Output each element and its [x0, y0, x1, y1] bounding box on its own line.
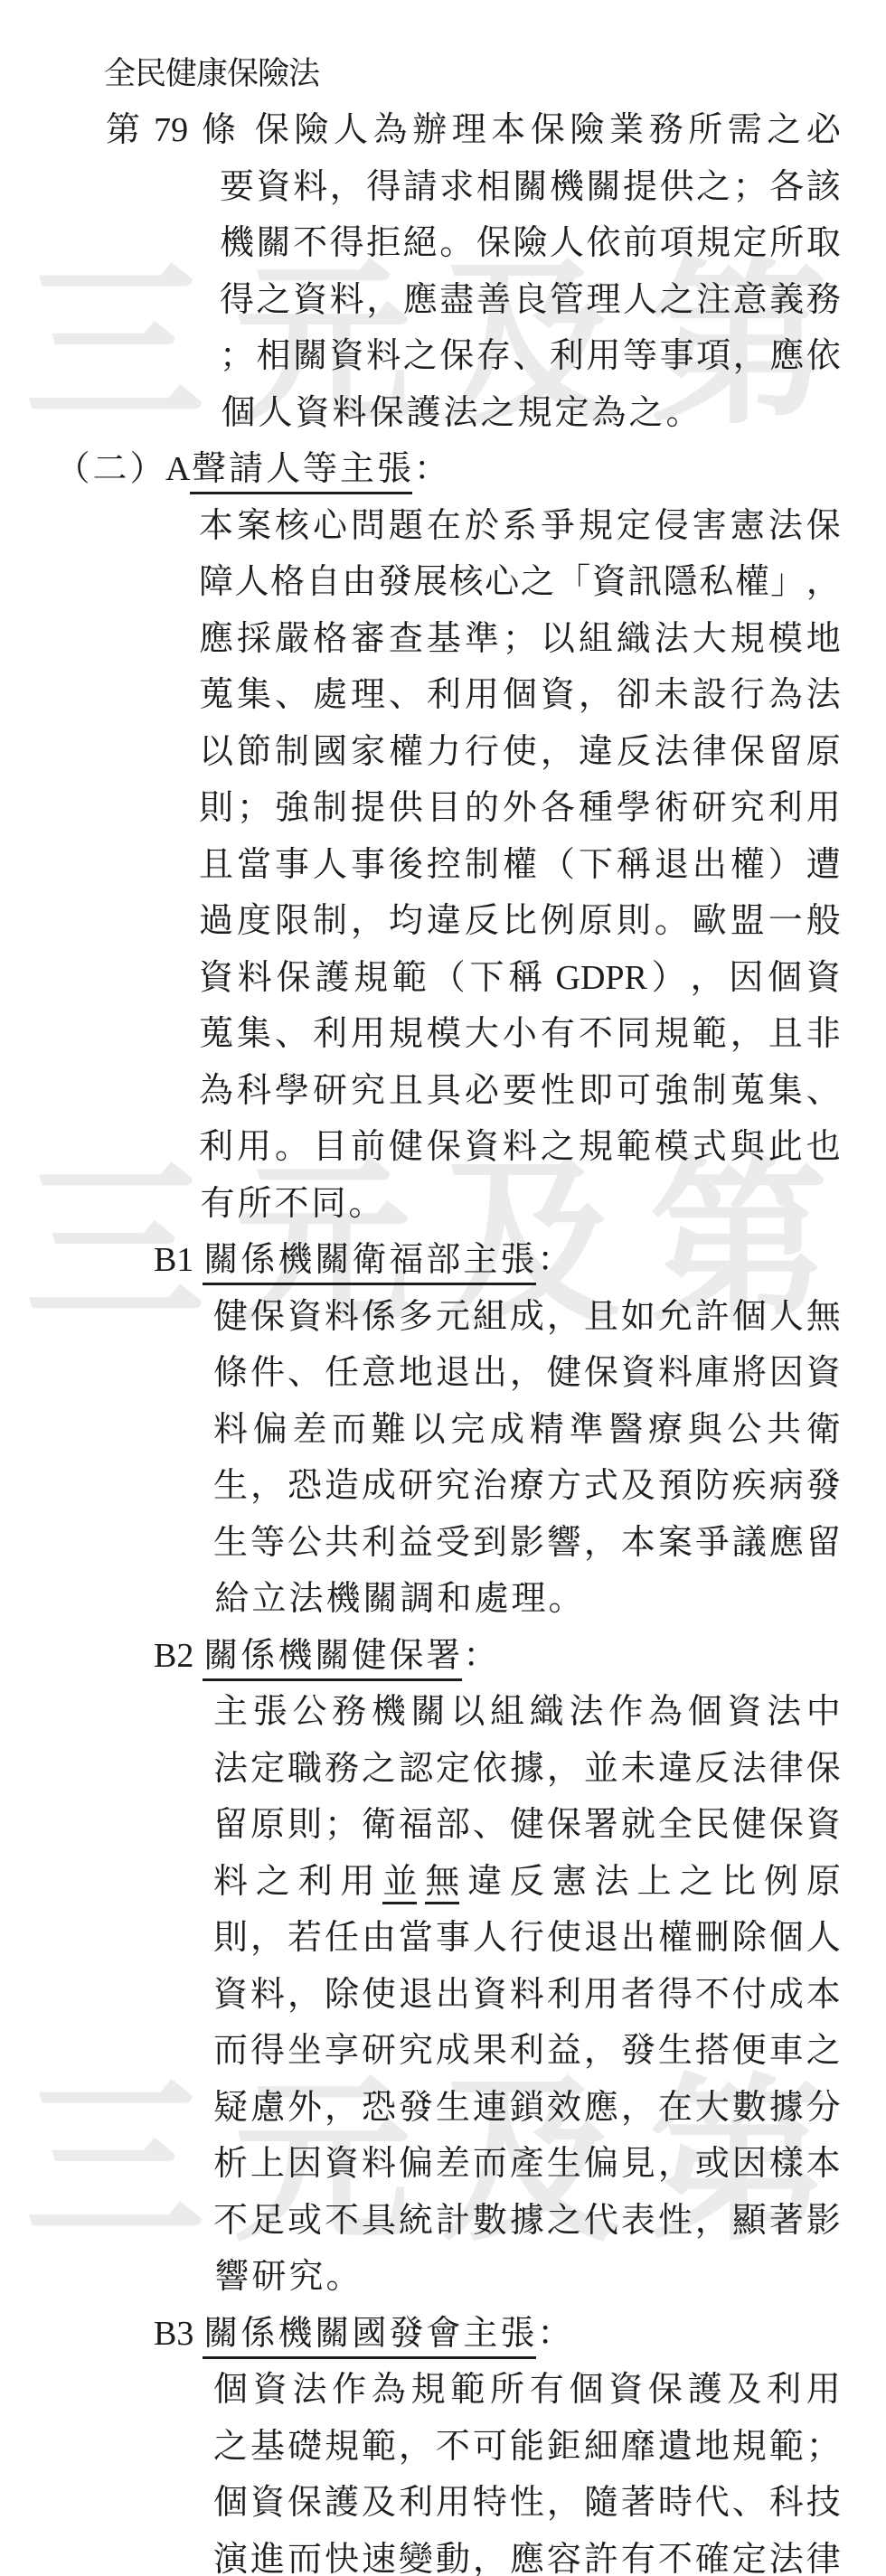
text-segment: 取	[806, 221, 841, 266]
text-line: 生等公共利益受到影響，本案爭議應留	[213, 1520, 841, 1565]
text-segment: B2	[154, 1637, 203, 1675]
underlined-segment: 關	[203, 1237, 240, 1285]
text-segment: 關	[257, 221, 291, 266]
text-segment: 也	[806, 1124, 841, 1170]
text-segment: 進	[250, 2537, 285, 2576]
text-segment: 規	[696, 221, 730, 266]
text-segment: ，	[579, 672, 613, 718]
text-segment: 險	[513, 221, 547, 266]
text-segment: ，	[547, 1746, 581, 1791]
text-segment: 應	[403, 277, 438, 323]
text-segment: 機	[325, 1576, 362, 1622]
text-segment: 立	[250, 1576, 287, 1622]
text-segment: 成	[769, 1972, 804, 2017]
text-segment: 具	[427, 1068, 461, 1114]
text-segment: 如	[621, 1294, 655, 1340]
text-segment: 請	[403, 165, 438, 210]
text-segment: 響	[213, 2254, 250, 2299]
text-segment: 許	[695, 1294, 730, 1340]
text-segment: ；	[237, 785, 271, 831]
text-segment: 或	[695, 2141, 730, 2186]
text-segment: 設	[693, 672, 727, 718]
text-segment: 利	[768, 785, 803, 831]
text-segment: 反	[465, 898, 499, 944]
text-segment: 病	[769, 1463, 804, 1509]
text-segment: ，	[658, 2141, 693, 2186]
text-segment: 所	[236, 1181, 273, 1227]
text-segment: 共	[325, 1520, 359, 1565]
text-segment: 一	[768, 898, 803, 944]
text-segment: 度	[237, 898, 271, 944]
text-segment: 、	[806, 1068, 841, 1114]
text-segment: 靡	[621, 2424, 655, 2469]
text-line: 應採嚴格審查基準；以組織法大規模地	[199, 616, 841, 662]
text-segment: 模	[768, 616, 803, 662]
text-line: 個人資料保護法之規定為之。	[220, 390, 702, 436]
text-segment: 保	[769, 1802, 804, 1847]
text-segment: 保	[730, 729, 765, 775]
text-segment: 制	[313, 785, 347, 831]
text-segment: 相	[257, 334, 291, 379]
text-segment: 職	[287, 1746, 322, 1791]
text-segment: 究	[436, 1463, 470, 1509]
text-segment: 資	[287, 1294, 322, 1340]
text-segment: 研	[362, 2028, 396, 2073]
text-segment: 行	[510, 1915, 544, 1960]
text-segment: 定	[617, 503, 651, 549]
text-segment: 利	[427, 672, 461, 718]
text-segment: 準	[465, 616, 499, 662]
text-line: 利用。目前健保資料之規範模式與此也	[199, 1124, 841, 1170]
text-segment: 個	[769, 1915, 804, 1960]
text-segment: 方	[547, 1463, 581, 1509]
text-segment: 由	[362, 1915, 396, 1960]
text-segment: 下	[469, 955, 504, 1001]
text-segment: 究	[287, 2254, 325, 2299]
text-segment: 案	[237, 503, 271, 549]
underlined-segment: 關	[314, 2311, 351, 2359]
text-segment: 查	[389, 616, 423, 662]
text-segment: 處	[313, 672, 347, 718]
text-segment: 盡	[439, 277, 474, 323]
text-line: 第 79 條 保險人為辦理本保險業務所需之必	[106, 108, 841, 153]
text-segment: 在	[658, 2085, 693, 2130]
text-segment: 無	[806, 1294, 841, 1340]
text-line: 主張公務機關以組織法作為個資法中	[213, 1689, 841, 1735]
text-segment: 得	[220, 277, 254, 323]
text-segment: 原	[579, 898, 613, 944]
text-segment: 不	[293, 221, 327, 266]
text-segment: 範	[617, 1124, 651, 1170]
text-segment: 退	[436, 1350, 470, 1396]
text-segment: 必	[465, 1068, 499, 1114]
text-segment: 條	[202, 108, 236, 153]
text-segment: 格	[313, 616, 347, 662]
text-segment: 益	[547, 2028, 581, 2073]
text-segment: 護	[315, 955, 349, 1001]
text-segment: 遺	[658, 2424, 693, 2469]
text-segment: 則	[617, 898, 651, 944]
text-segment: 樣	[769, 2141, 804, 2186]
text-segment: 盟	[730, 898, 765, 944]
text-segment: 及	[362, 2480, 396, 2525]
text-segment: 性	[541, 1068, 575, 1114]
text-segment: 、	[275, 672, 309, 718]
text-segment: 速	[362, 2537, 396, 2576]
text-segment: ：	[536, 1237, 573, 1283]
text-segment: 保	[806, 503, 841, 549]
underlined-segment: 張	[499, 2311, 536, 2359]
text-segment: 範	[450, 2367, 485, 2412]
text-segment: 多	[399, 1294, 433, 1340]
text-segment: 有	[541, 1011, 575, 1057]
text-segment: 有	[530, 2367, 564, 2412]
text-segment: 利	[510, 2028, 544, 2073]
text-segment: 規	[579, 503, 613, 549]
text-segment: 下	[579, 842, 613, 888]
underlined-segment: 國	[351, 2311, 388, 2359]
text-segment: 共	[767, 1407, 801, 1453]
text-segment: 保	[476, 221, 511, 266]
text-segment: 就	[621, 1802, 655, 1847]
text-segment: 偏	[584, 2141, 618, 2186]
text-segment: 隱	[664, 559, 698, 605]
text-segment: 」	[770, 559, 805, 605]
text-line: 不足或不具統計數據之代表性，顯著影	[213, 2198, 841, 2243]
text-segment: ，	[547, 1294, 581, 1340]
text-segment: 之	[213, 2424, 248, 2469]
text-segment: ，	[541, 729, 575, 775]
text-segment: 保	[547, 1802, 581, 1847]
text-line: 料之利用並無違反憲法上之比例原	[213, 1859, 841, 1904]
text-line: 蒐集、利用規模大小有不同規範，且非	[199, 1011, 841, 1057]
text-segment: 侵	[655, 503, 689, 549]
text-segment: 中	[806, 1689, 841, 1735]
text-segment: 任	[325, 1915, 359, 1960]
text-segment: 得	[250, 2028, 285, 2073]
text-segment: 術	[655, 785, 689, 831]
text-segment: ，	[547, 2480, 581, 2525]
text-segment: 議	[732, 1520, 767, 1565]
text-segment: 資	[213, 1972, 248, 2017]
text-segment: 有	[621, 2537, 655, 2576]
text-segment: 保	[531, 108, 565, 153]
text-segment: 各	[769, 165, 804, 210]
underlined-segment: 係	[240, 1237, 277, 1285]
text-segment: 料	[250, 1972, 285, 2017]
underlined-segment: 主	[462, 1237, 499, 1285]
text-segment: 料	[293, 165, 327, 210]
text-segment: 所	[490, 2367, 524, 2412]
text-segment: 相	[476, 165, 511, 210]
text-segment: 影	[806, 2198, 841, 2243]
text-segment: 全	[104, 52, 135, 97]
text-segment: 計	[436, 2198, 470, 2243]
text-segment: 福	[399, 1802, 433, 1847]
text-segment: 織	[530, 1689, 564, 1735]
text-segment: 律	[806, 2537, 841, 2576]
text-line: 障人格自由發展核心之「資訊隱私權」，	[199, 559, 841, 605]
underlined-segment: 會	[425, 2311, 462, 2359]
text-segment: 問	[351, 503, 385, 549]
text-segment: 務	[806, 277, 841, 323]
text-segment: 強	[655, 1068, 689, 1114]
text-segment: 用	[436, 2480, 470, 2525]
text-segment: 確	[695, 2537, 730, 2576]
text-segment: 資	[541, 672, 575, 718]
text-segment: 審	[351, 616, 385, 662]
text-segment: 應	[510, 2537, 544, 2576]
underlined-segment: 張	[375, 447, 412, 494]
text-segment: 良	[513, 277, 547, 323]
text-segment: 義	[769, 277, 804, 323]
text-segment: 處	[473, 1576, 510, 1622]
text-segment: 因	[769, 1350, 804, 1396]
text-segment: 供	[389, 785, 423, 831]
text-segment: 不	[325, 2198, 359, 2243]
text-segment: 理	[351, 672, 385, 718]
text-segment: 用	[351, 1011, 385, 1057]
text-segment: 律	[769, 1746, 804, 1791]
text-segment: 規	[325, 2424, 359, 2469]
text-segment: 比	[721, 1859, 756, 1904]
text-segment: 展	[413, 559, 448, 605]
text-segment: 害	[693, 503, 727, 549]
text-segment: 險	[294, 108, 328, 153]
text-segment: 範	[392, 955, 427, 1001]
text-segment: 力	[427, 729, 461, 775]
text-segment: B3	[154, 2315, 203, 2353]
text-line: 全民健康保險法	[104, 52, 319, 97]
text-segment: 應	[769, 334, 804, 379]
text-segment: ，	[399, 2424, 433, 2469]
text-line: ；相關資料之保存、利用等事項，應依	[220, 334, 841, 379]
text-segment: 事	[351, 842, 385, 888]
text-segment: 料	[331, 390, 368, 436]
underlined-segment: 關	[203, 2311, 240, 2359]
text-segment: 受	[436, 1520, 470, 1565]
text-line: 資料保護規範（下稱 GDPR），因個資	[199, 955, 841, 1001]
text-segment: 等	[623, 334, 657, 379]
text-segment: 人	[550, 221, 584, 266]
text-segment: 人	[257, 390, 294, 436]
text-segment: 人	[473, 1915, 507, 1960]
text-segment: 依	[586, 221, 620, 266]
text-segment: 利	[298, 1859, 333, 1904]
text-segment: 本	[199, 503, 233, 549]
text-segment: 例	[541, 898, 575, 944]
text-segment: ）	[128, 447, 165, 492]
text-segment: 料	[362, 2141, 396, 2186]
text-segment: 之	[521, 559, 555, 605]
text-segment: 於	[465, 503, 499, 549]
text-segment: 資	[465, 1124, 499, 1170]
text-segment: 究	[399, 2028, 433, 2073]
text-line: B3 關係機關國發會主張：	[154, 2311, 573, 2356]
text-segment: 之	[660, 277, 694, 323]
text-segment: 該	[806, 165, 841, 210]
text-line: 為科學研究且具必要性即可強制蒐集、	[199, 1068, 841, 1114]
text-segment: 遭	[806, 842, 841, 888]
text-segment: 當	[399, 1915, 433, 1960]
text-segment: 。	[664, 390, 702, 436]
text-segment: ：	[412, 447, 449, 492]
text-segment: 權	[389, 729, 423, 775]
text-segment: 資	[257, 165, 291, 210]
text-segment: 資	[199, 955, 233, 1001]
text-segment: 由	[342, 559, 376, 605]
text-segment: 不	[273, 1181, 310, 1227]
text-segment: 見	[621, 2141, 655, 2186]
text-segment: 疑	[213, 2085, 248, 2130]
text-segment: 核	[449, 559, 484, 605]
text-segment: 心	[485, 559, 519, 605]
text-segment: 完	[450, 1407, 485, 1453]
text-segment: 及	[621, 1463, 655, 1509]
text-segment: 留	[768, 729, 803, 775]
text-segment: 、	[732, 2480, 767, 2525]
underlined-segment: 署	[425, 1633, 462, 1681]
text-segment: 地	[806, 616, 841, 662]
text-segment: ，	[584, 2028, 618, 2073]
text-segment: 資	[806, 1350, 841, 1396]
underlined-segment: 發	[388, 2311, 425, 2359]
text-segment: 法	[768, 503, 803, 549]
text-segment: 車	[769, 2028, 804, 2073]
text-segment: 使	[362, 1972, 396, 2017]
text-segment: 具	[362, 2198, 396, 2243]
text-segment: ，	[510, 1350, 544, 1396]
text-line: B2 關係機關健保署：	[154, 1633, 499, 1678]
text-segment: 數	[473, 2198, 507, 2243]
text-segment: 出	[621, 1915, 655, 1960]
text-segment: 人	[235, 559, 269, 605]
text-segment: 為	[648, 1689, 683, 1735]
text-segment: 個	[688, 1689, 722, 1735]
text-segment: 保	[250, 1294, 285, 1340]
text-segment: 之	[257, 277, 291, 323]
text-segment: 法	[287, 1576, 325, 1622]
text-segment: 保	[648, 2367, 683, 2412]
text-segment: 及	[727, 2367, 761, 2412]
text-segment: 權	[730, 842, 765, 888]
text-segment: 恐	[362, 2085, 396, 2130]
text-segment: 定	[732, 2537, 767, 2576]
text-segment: 為	[768, 672, 803, 718]
text-segment: 原	[806, 1859, 841, 1904]
text-segment: 用	[806, 2367, 841, 2412]
text-segment: 集	[768, 1068, 803, 1114]
text-segment: 係	[362, 1294, 396, 1340]
underlined-segment: 機	[277, 1237, 314, 1285]
text-segment: 所	[769, 221, 804, 266]
text-segment: 組	[579, 616, 613, 662]
text-segment: 必	[806, 108, 841, 153]
text-segment: 坐	[287, 2028, 322, 2073]
text-segment: 和	[436, 1576, 473, 1622]
text-segment: 機	[550, 165, 584, 210]
text-segment: 公	[292, 1689, 326, 1735]
text-segment: 絕	[403, 221, 438, 266]
text-segment: 採	[237, 616, 271, 662]
text-segment: 搭	[695, 2028, 730, 2073]
text-segment: 第	[106, 108, 140, 153]
text-segment: 出	[693, 842, 727, 888]
text-segment: 保	[439, 334, 474, 379]
text-segment: ；	[733, 165, 768, 210]
text-line: 條件、任意地退出，健保資料庫將因資	[213, 1350, 841, 1396]
text-segment: 療	[648, 1407, 683, 1453]
text-line: （二）A聲請人等主張：	[54, 447, 449, 492]
text-segment: 嚴	[275, 616, 309, 662]
text-segment: 研	[693, 785, 727, 831]
text-segment: 本	[491, 108, 525, 153]
text-segment: 作	[608, 1689, 643, 1735]
text-segment: 應	[584, 2085, 618, 2130]
text-segment: 享	[325, 2028, 359, 2073]
text-line: B1 關係機關衛福部主張：	[154, 1237, 573, 1283]
text-segment: 影	[510, 1520, 544, 1565]
text-segment: 人	[769, 1294, 804, 1340]
text-segment: 之	[696, 165, 730, 210]
text-segment: 發	[806, 1463, 841, 1509]
text-segment: 之	[403, 334, 438, 379]
text-segment: 之	[806, 2028, 841, 2073]
text-segment: 利	[547, 1972, 581, 2017]
underlined-segment: 機	[277, 1633, 314, 1681]
text-segment: 同	[310, 1181, 347, 1227]
text-segment: 制	[465, 842, 499, 888]
text-segment: 二	[91, 447, 128, 492]
text-segment: 作	[332, 2367, 366, 2412]
text-segment: 規	[389, 1011, 423, 1057]
text-segment: 得	[366, 165, 401, 210]
text-line: 疑慮外，恐發生連鎖效應，在大數據分	[213, 2085, 841, 2130]
text-line: 得之資料，應盡善良管理人之注意義務	[220, 277, 841, 323]
text-segment: 此	[768, 1124, 803, 1170]
text-segment: 部	[436, 1802, 470, 1847]
text-segment: 生	[213, 1520, 248, 1565]
text-segment: 制	[313, 898, 347, 944]
text-segment: 究	[730, 785, 765, 831]
text-segment: 顯	[732, 2198, 767, 2243]
text-segment: 原	[806, 729, 841, 775]
text-segment: 種	[579, 785, 613, 831]
text-segment: 統	[399, 2198, 433, 2243]
text-segment: 原	[250, 1802, 285, 1847]
text-line: 析上因資料偏差而產生偏見，或因樣本	[213, 2141, 841, 2186]
underlined-segment: 請	[227, 447, 264, 494]
text-segment: 容	[547, 2537, 581, 2576]
text-segment: 規	[516, 390, 553, 436]
text-segment: 務	[325, 1746, 359, 1791]
text-segment: 務	[332, 1689, 366, 1735]
text-segment: 因	[729, 955, 763, 1001]
text-segment: 且	[389, 1068, 423, 1114]
text-line: 個資保護及利用特性，隨著時代、科技	[213, 2480, 841, 2525]
text-segment: 得	[330, 221, 364, 266]
text-segment: 存	[476, 334, 511, 379]
underlined-segment: 健	[351, 1633, 388, 1681]
text-segment: 模	[427, 1011, 461, 1057]
text-segment: 出	[473, 1350, 507, 1396]
text-line: 要資料，得請求相關機關提供之；各該	[220, 165, 841, 210]
text-segment: 分	[806, 2085, 841, 2130]
text-segment: 料	[213, 1407, 248, 1453]
text-segment: 式	[693, 1124, 727, 1170]
text-segment: 研	[250, 2254, 287, 2299]
text-segment: 不	[695, 1972, 730, 2017]
